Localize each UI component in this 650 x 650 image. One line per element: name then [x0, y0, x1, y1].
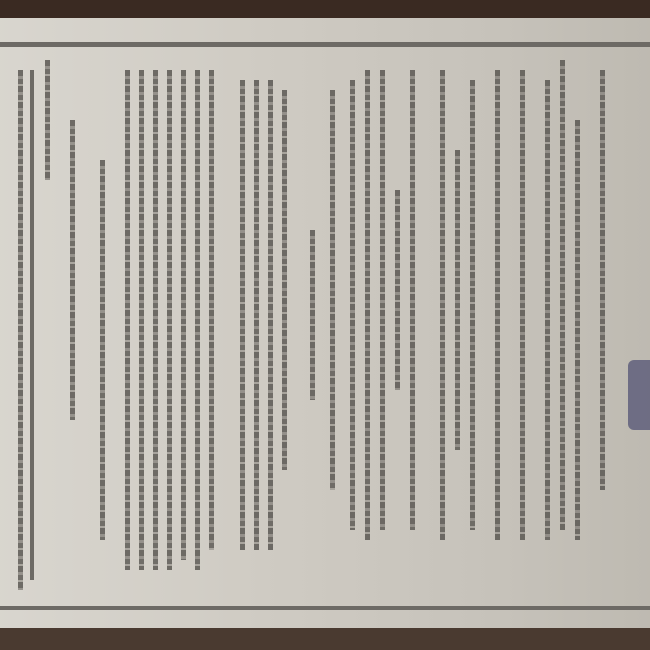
text-line: [545, 80, 550, 540]
text-line: [209, 70, 214, 550]
text-line: [350, 80, 355, 530]
text-line: [195, 70, 200, 570]
text-line: [45, 60, 50, 180]
text-line: [600, 70, 605, 490]
text-line: [560, 60, 565, 530]
seal-emblem: [628, 360, 650, 430]
text-line: [365, 70, 370, 540]
text-line: [380, 70, 385, 530]
text-line: [310, 230, 315, 400]
text-line: [282, 90, 287, 470]
text-line: [410, 70, 415, 530]
text-line: [70, 120, 75, 420]
text-line: [495, 70, 500, 540]
text-line: [153, 70, 158, 570]
text-line: [139, 70, 144, 570]
text-line: [18, 70, 23, 590]
text-line: [575, 120, 580, 540]
text-line: [455, 150, 460, 450]
text-line: [240, 80, 245, 550]
text-line: [330, 90, 335, 490]
bottom-border-line: [0, 606, 650, 610]
document-page: [0, 18, 650, 630]
table-surface: [0, 628, 650, 650]
text-line: [181, 70, 186, 560]
left-margin-line: [30, 70, 34, 580]
text-line: [167, 70, 172, 570]
text-line: [440, 70, 445, 540]
text-line: [100, 160, 105, 540]
text-line: [470, 80, 475, 530]
text-line: [520, 70, 525, 540]
top-border-line: [0, 42, 650, 47]
text-line: [125, 70, 130, 570]
text-line: [268, 80, 273, 550]
text-line: [254, 80, 259, 550]
text-line: [395, 190, 400, 390]
